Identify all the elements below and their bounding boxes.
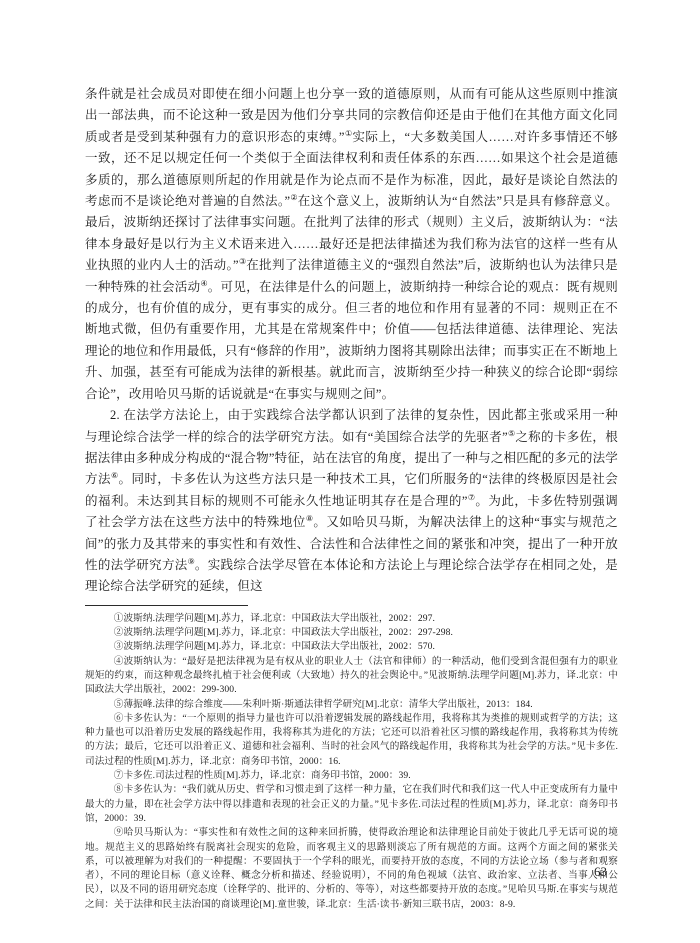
footnote-marker: ⑤	[508, 428, 515, 437]
body-paragraph-1: 条件就是社会成员对即使在细小问题上也分享一致的道德原则，从而有可能从这些原则中推…	[85, 84, 618, 405]
footnote-marker: ①	[345, 129, 353, 138]
footnote-marker: ②	[290, 193, 297, 202]
footnote-marker: ⑥	[111, 471, 118, 480]
footnote-marker: ④	[200, 279, 207, 288]
footnote-item-5: ⑤薄振峰.法律的综合维度——朱利叶斯·斯通法律哲学研究[M].北京：清华大学出版…	[85, 698, 618, 712]
footnote-marker: ⑦	[468, 493, 476, 502]
footnotes-section: ①波斯纳.法理学问题[M].苏力，译.北京：中国政法大学出版社，2002：297…	[85, 612, 618, 912]
footnote-item-4: ④波斯纳认为：“最好是把法律视为是有权从业的职业人士（法官和律师）的一种活动，他…	[85, 655, 618, 698]
footnote-item-7: ⑦卡多佐.司法过程的性质[M].苏力，译.北京：商务印书馆，2000：39.	[85, 769, 618, 783]
footnote-marker: ③	[239, 257, 246, 266]
body-text: 条件就是社会成员对即使在细小问题上也分享一致的道德原则，从而有可能从这些原则中推…	[85, 84, 618, 598]
footnote-marker: ⑨	[188, 557, 195, 566]
footnote-item-3: ③波斯纳.法理学问题[M].苏力，译.北京：中国政法大学出版社，2002：570…	[85, 640, 618, 654]
body-paragraph-2: 2. 在法学方法论上，由于实践综合法学都认识到了法律的复杂性，因此都主张或采用一…	[85, 405, 618, 598]
footnote-marker: ⑧	[306, 514, 313, 523]
footnote-item-2: ②波斯纳.法理学问题[M].苏力，译.北京：中国政法大学出版社，2002：297…	[85, 626, 618, 640]
document-page: 条件就是社会成员对即使在细小问题上也分享一致的道德原则，从而有可能从这些原则中推…	[0, 0, 700, 943]
page-number: 63	[594, 864, 607, 880]
footnote-item-1: ①波斯纳.法理学问题[M].苏力，译.北京：中国政法大学出版社，2002：297…	[85, 612, 618, 626]
footnote-item-9: ⑨哈贝马斯认为：“事实性和有效性之间的这种来回折腾，使得政治理论和法律理论目前处…	[85, 826, 618, 912]
footnote-item-8: ⑧卡多佐认为：“我们就从历史、哲学和习惯走到了这样一种力量，它在我们时代和我们这…	[85, 783, 618, 826]
footnote-item-6: ⑥卡多佐认为：“一个原则的指导力量也许可以沿着逻辑发展的路线起作用，我将称其为类…	[85, 712, 618, 769]
footnote-divider	[85, 605, 248, 606]
